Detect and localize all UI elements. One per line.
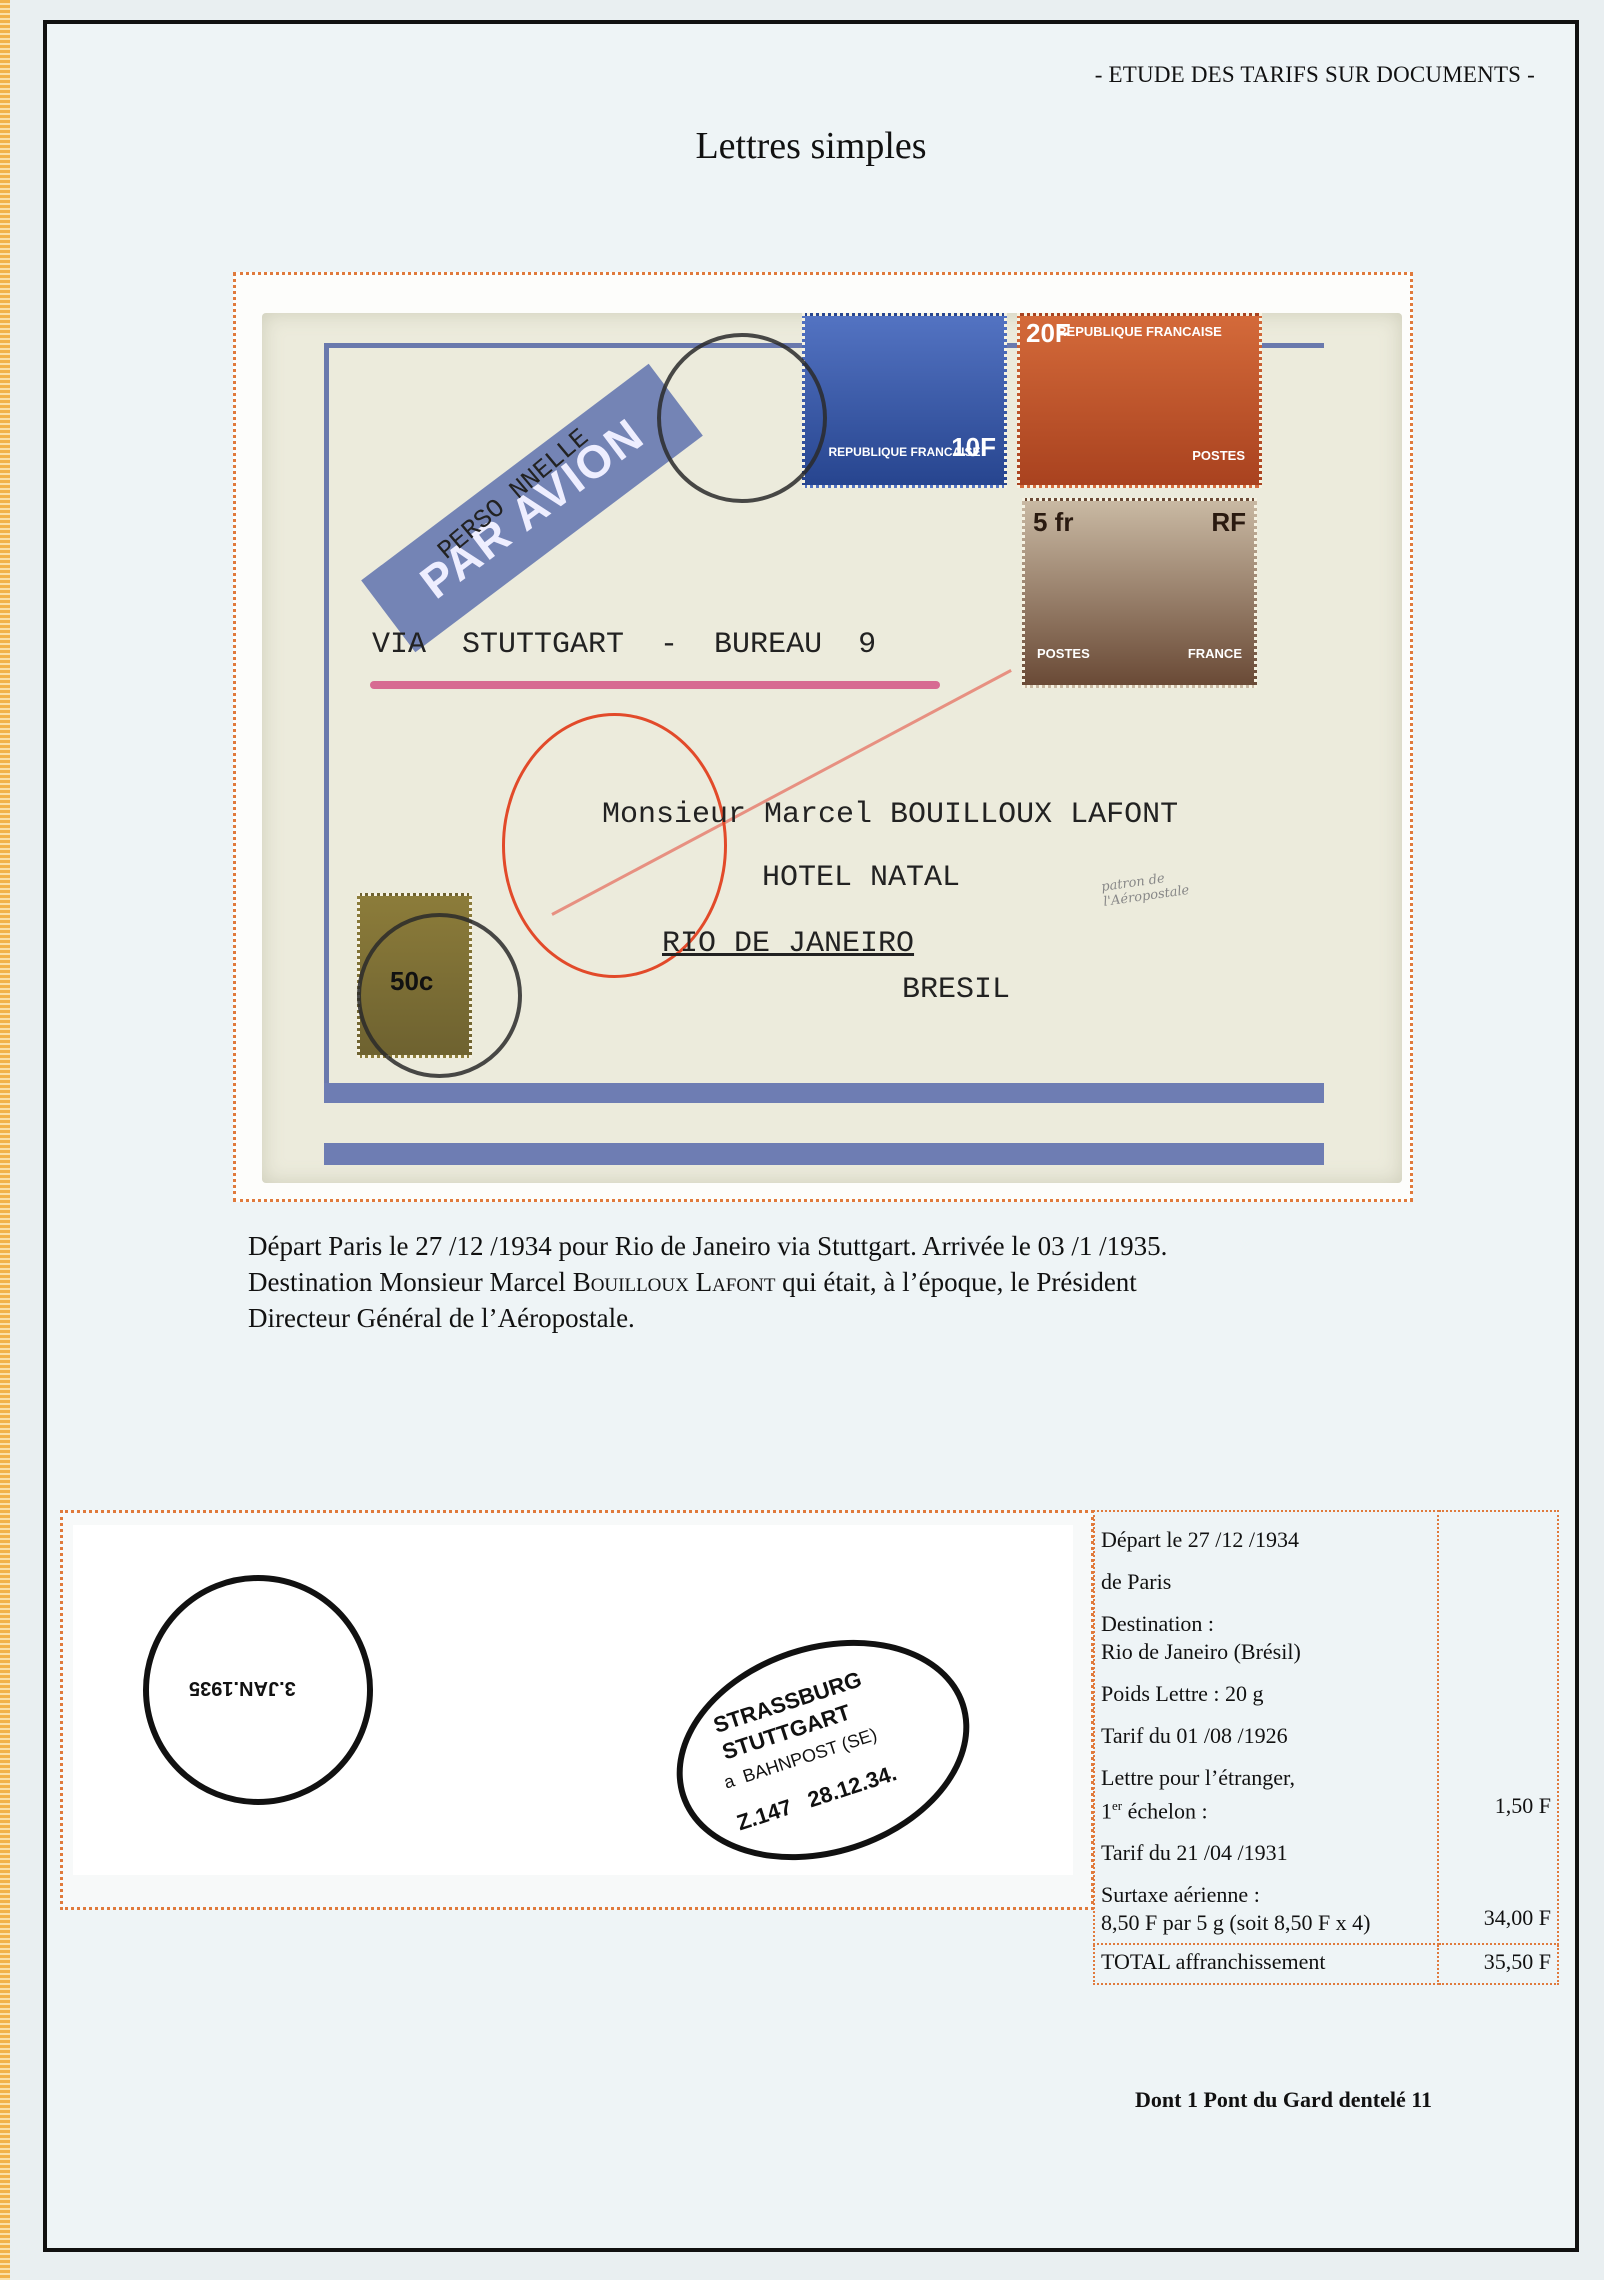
rate-row-label: Rio de Janeiro (Brésil) <box>1101 1638 1431 1666</box>
envelope-caption: Départ Paris le 27 /12 /1934 pour Rio de… <box>248 1228 1398 1336</box>
stamp-value: 5 fr <box>1033 507 1073 538</box>
caption-line-2: Destination Monsieur Marcel Bouilloux La… <box>248 1264 1398 1300</box>
rate-row-amount: 1,50 F <box>1445 1792 1551 1820</box>
envelope-back-mount: 3.JAN.1935 STRASSBURG STUTTGART a BAHNPO… <box>60 1510 1094 1910</box>
footnote: Dont 1 Pont du Gard dentelé 11 <box>1135 2087 1432 2113</box>
rate-row-amount <box>1445 1680 1551 1708</box>
stamp-pont-du-gard: REPUBLIQUE FRANCAISE 20F POSTES <box>1017 313 1262 488</box>
stamp-value: 20F <box>1026 318 1071 349</box>
rate-row-label: 1er échelon : <box>1101 1792 1431 1825</box>
rate-row-label: Tarif du 01 /08 /1926 <box>1101 1722 1431 1750</box>
rate-labels-cell: Départ le 27 /12 /1934de ParisDestinatio… <box>1094 1511 1438 1944</box>
rate-row-amount <box>1445 1876 1551 1904</box>
magenta-strike-line <box>370 681 940 689</box>
arrival-date: 3.JAN.1935 <box>189 1676 296 1699</box>
recipient-name: Bouilloux Lafont <box>573 1267 776 1297</box>
total-label: TOTAL affranchissement <box>1094 1944 1438 1984</box>
stamp-country: RF <box>1211 507 1246 538</box>
rate-row-label: Tarif du 21 /04 /1931 <box>1101 1839 1431 1867</box>
page-title: Lettres simples <box>47 124 1575 168</box>
rio-arrival-postmark: 3.JAN.1935 <box>143 1575 373 1805</box>
paris-postmark-1 <box>657 333 827 503</box>
stamp-mont-st-michel: 5 fr RF POSTES FRANCE <box>1022 498 1257 688</box>
address-line-2: HOTEL NATAL <box>762 861 960 895</box>
rate-row-label: Départ le 27 /12 /1934 <box>1101 1526 1431 1554</box>
rate-row-label: Destination : <box>1101 1610 1431 1638</box>
rate-row-amount <box>1445 1568 1551 1596</box>
rate-row-amount: 34,00 F <box>1445 1904 1551 1932</box>
envelope-front: PAR AVION PERSO NNELLE VIA STUTTGART - B… <box>262 313 1402 1183</box>
table-row: Départ le 27 /12 /1934de ParisDestinatio… <box>1094 1511 1558 1944</box>
stamp-postes: POSTES <box>1020 448 1259 463</box>
rate-row-amount <box>1445 1722 1551 1750</box>
envelope-stripe-bottom <box>324 1143 1324 1165</box>
stamp-la-rochelle: REPUBLIQUE FRANCAISE 10F <box>802 313 1007 488</box>
rate-row-label: de Paris <box>1101 1568 1431 1596</box>
routing-instruction: VIA STUTTGART - BUREAU 9 <box>372 628 876 662</box>
envelope-mount: PAR AVION PERSO NNELLE VIA STUTTGART - B… <box>233 272 1413 1202</box>
stamp-value: 10F <box>951 432 996 463</box>
caption-line-3: Directeur Général de l’Aéropostale. <box>248 1300 1398 1336</box>
rate-row-label: Poids Lettre : 20 g <box>1101 1680 1431 1708</box>
address-line-3: RIO DE JANEIRO <box>662 927 914 961</box>
rate-table: Départ le 27 /12 /1934de ParisDestinatio… <box>1093 1510 1559 1985</box>
rate-row-amount <box>1445 1610 1551 1638</box>
rate-row-amount <box>1445 1526 1551 1554</box>
caption-line-2-post: qui était, à l’époque, le Président <box>775 1267 1136 1297</box>
rate-row-amount <box>1445 1764 1551 1792</box>
rate-row-amount <box>1445 1834 1551 1862</box>
caption-line-2-pre: Destination Monsieur Marcel <box>248 1267 573 1297</box>
total-amount: 35,50 F <box>1438 1944 1558 1984</box>
envelope-back-scan: 3.JAN.1935 STRASSBURG STUTTGART a BAHNPO… <box>73 1525 1073 1875</box>
rate-row-amount <box>1445 1638 1551 1666</box>
address-line-1: Monsieur Marcel BOUILLOUX LAFONT <box>602 798 1178 832</box>
stamp-country-bottom: FRANCE <box>1025 646 1254 661</box>
strassburg-stuttgart-bahnpost-postmark: STRASSBURG STUTTGART a BAHNPOST (SE) Z.1… <box>648 1604 998 1896</box>
rate-row-label: 8,50 F par 5 g (soit 8,50 F x 4) <box>1101 1909 1431 1937</box>
paris-postmark-2 <box>357 913 522 1078</box>
envelope-stripe-top <box>324 1083 1324 1103</box>
address-line-4: BRESIL <box>902 973 1010 1007</box>
rate-amounts-cell: 1,50 F 34,00 F <box>1438 1511 1558 1944</box>
album-sheet: - ETUDE DES TARIFS SUR DOCUMENTS - Lettr… <box>10 0 1604 2280</box>
rate-row-label: Lettre pour l’étranger, <box>1101 1764 1431 1792</box>
rate-row-label: Surtaxe aérienne : <box>1101 1881 1431 1909</box>
table-row-total: TOTAL affranchissement 35,50 F <box>1094 1944 1558 1984</box>
caption-line-1: Départ Paris le 27 /12 /1934 pour Rio de… <box>248 1228 1398 1264</box>
series-title: - ETUDE DES TARIFS SUR DOCUMENTS - <box>1095 62 1535 88</box>
